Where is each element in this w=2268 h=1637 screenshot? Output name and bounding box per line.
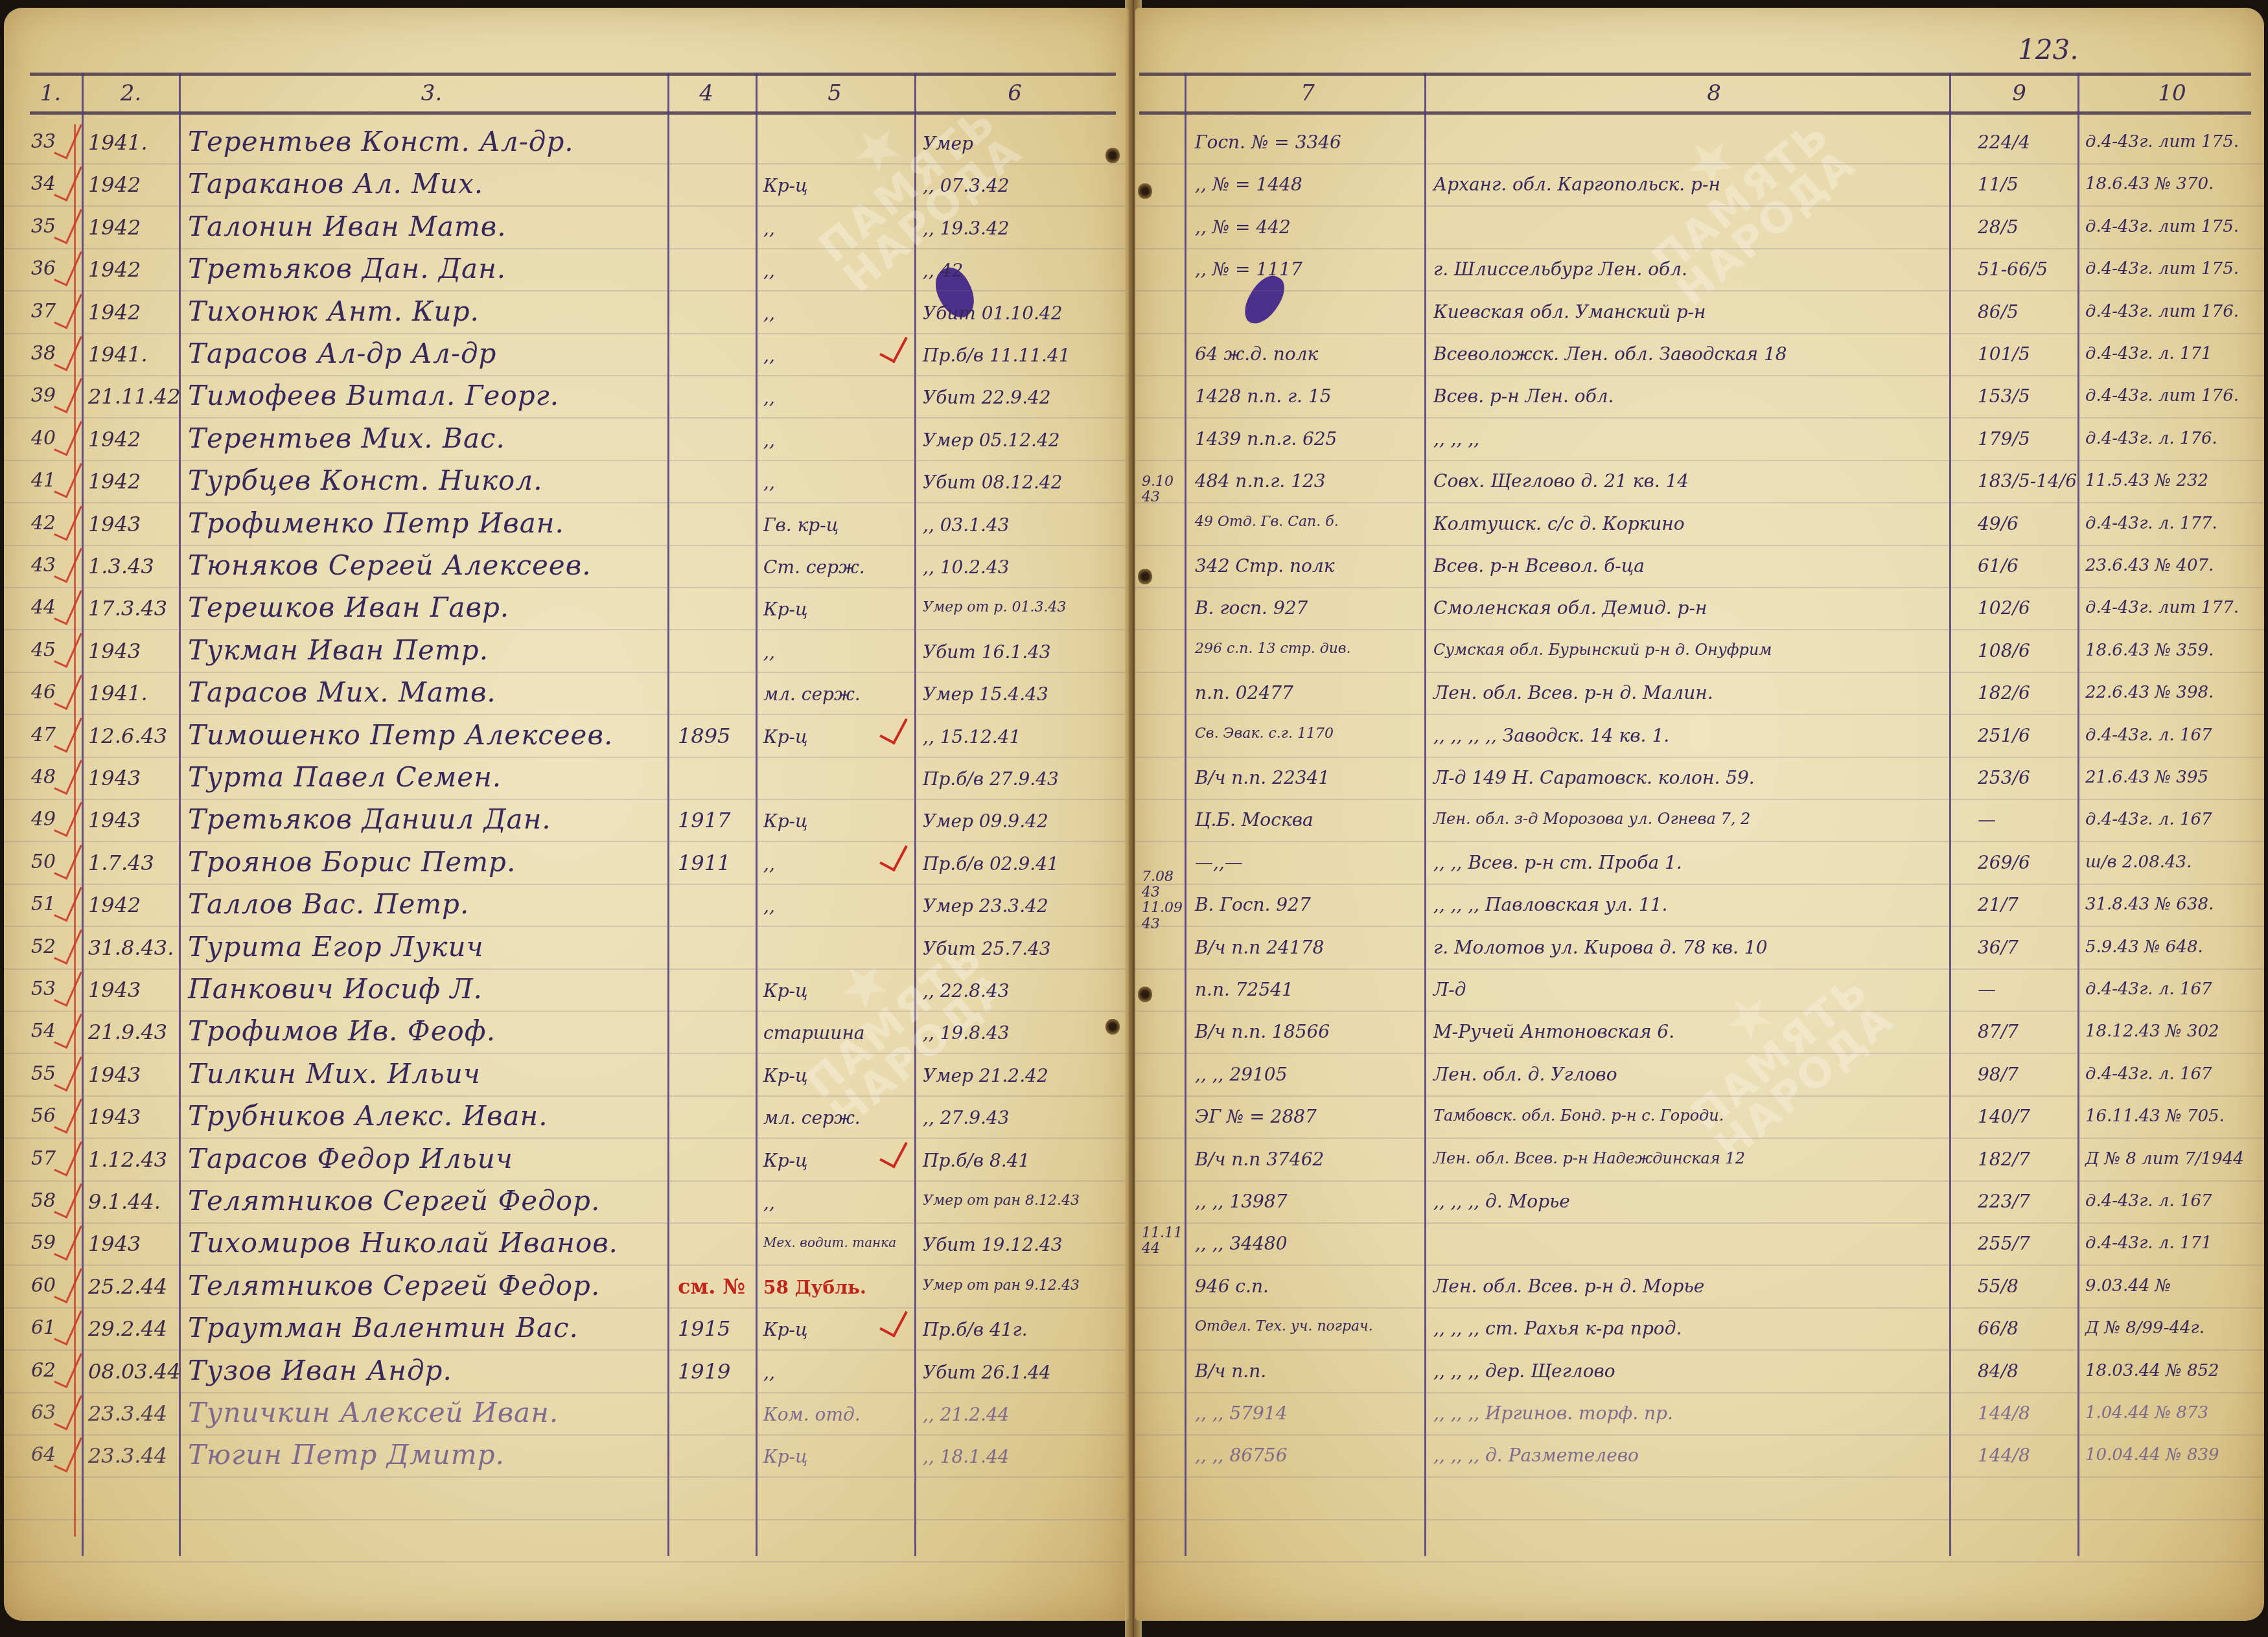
column-header-3: 3. xyxy=(421,80,442,106)
rank: Кр-ц xyxy=(763,601,808,619)
ruled-line xyxy=(1135,1180,2264,1182)
ruled-line xyxy=(1135,757,2264,758)
soldier-name: Тимошенко Петр Алексеев. xyxy=(188,722,613,749)
fate-and-date: ,, 22.8.43 xyxy=(923,982,1010,1000)
rank: мл. серж. xyxy=(763,685,861,704)
soldier-name: Трофимов Ив. Феоф. xyxy=(188,1018,496,1045)
rank: 58 Дубль. xyxy=(763,1279,866,1297)
reference-number: 253/6 xyxy=(1978,769,2030,787)
unit-info: 342 Стр. полк xyxy=(1195,557,1334,575)
column-divider-5 xyxy=(914,73,916,1556)
fate-and-date: Пр.б/в 27.9.43 xyxy=(923,770,1059,788)
soldier-name: Тупичкин Алексей Иван. xyxy=(188,1399,559,1426)
ruled-line xyxy=(4,629,1129,630)
red-check-mark xyxy=(54,585,82,625)
reference-number: 182/7 xyxy=(1978,1150,2030,1169)
punch-hole xyxy=(1105,1018,1120,1035)
red-check-mark xyxy=(54,1136,82,1176)
fate-and-date: Пр.б/в 41г. xyxy=(923,1321,1028,1339)
unit-info: 946 с.п. xyxy=(1195,1277,1269,1296)
order-reference: д.4-43г. л. 171 xyxy=(2085,1235,2212,1252)
fate-and-date: Умер 15.4.43 xyxy=(923,685,1048,704)
ruled-line xyxy=(1135,375,2264,376)
rank: Гв. кр-ц xyxy=(763,516,839,534)
red-check-mark xyxy=(54,1178,82,1219)
watermark-left-bottom: ★ ПАМЯТЬ НАРОДА xyxy=(764,893,1017,1136)
entry-date: 1941. xyxy=(88,344,148,365)
unit-info: В/ч п.п 24178 xyxy=(1195,939,1324,957)
red-check-mark xyxy=(54,1390,82,1430)
column-header-8: 8 xyxy=(1707,80,1721,106)
ruled-line xyxy=(1135,163,2264,165)
order-reference: 21.6.43 № 395 xyxy=(2085,769,2208,786)
ruled-line xyxy=(4,163,1129,165)
home-address: Лен. обл. д. Углово xyxy=(1433,1066,1617,1084)
order-reference: д.4-43г. лит 177. xyxy=(2085,599,2239,616)
red-check-mark xyxy=(54,1051,82,1092)
ruled-line xyxy=(4,502,1129,503)
soldier-name: Тарасов Мих. Матв. xyxy=(188,679,496,706)
reference-number: 102/6 xyxy=(1978,599,2030,617)
column-header-7: 7 xyxy=(1301,80,1315,106)
reference-number: — xyxy=(1978,981,1996,999)
soldier-name: Тукман Иван Петр. xyxy=(188,637,489,664)
column-header-6: 6 xyxy=(1008,80,1022,106)
fate-and-date: Умер от р. 01.3.43 xyxy=(923,601,1066,615)
order-reference: д.4-43г. л. 167 xyxy=(2085,727,2212,744)
ruled-line xyxy=(4,205,1129,207)
reference-number: 55/8 xyxy=(1978,1277,2019,1296)
rank: ,, xyxy=(763,1364,775,1382)
row-number: 49 xyxy=(31,810,56,829)
entry-date: 31.8.43. xyxy=(88,937,174,958)
home-address: ,, ,, ,, д. Разметелево xyxy=(1433,1447,1639,1465)
ruled-line xyxy=(4,375,1129,376)
home-address: Лен. обл. з-д Морозова ул. Огнева 7, 2 xyxy=(1433,811,1750,827)
red-check-mark xyxy=(54,1305,82,1345)
ruled-line xyxy=(4,1222,1129,1224)
soldier-name: Терешков Иван Гавр. xyxy=(188,594,509,621)
reference-number: 224/4 xyxy=(1978,133,2030,152)
row-number: 42 xyxy=(31,514,56,533)
order-reference: д.4-43г. л. 167 xyxy=(2085,1066,2212,1082)
ruled-line xyxy=(1135,1434,2264,1436)
home-address: г. Шлиссельбург Лен. обл. xyxy=(1433,260,1687,279)
ruled-line xyxy=(4,799,1129,800)
soldier-name: Тараканов Ал. Мих. xyxy=(188,170,483,198)
row-number: 58 xyxy=(31,1191,56,1211)
fate-and-date: Умер от ран 9.12.43 xyxy=(923,1279,1080,1293)
entry-date: 1942 xyxy=(88,302,141,323)
home-address: Сумская обл. Бурынский р-н д. Онуфрим xyxy=(1433,642,1772,658)
red-check-mark xyxy=(54,331,82,371)
rank: Кр-ц xyxy=(763,1321,808,1339)
ruled-line xyxy=(4,884,1129,885)
unit-info: В/ч п.п. 18566 xyxy=(1195,1023,1330,1041)
reference-number: 153/5 xyxy=(1978,387,2030,406)
home-address: Тамбовск. обл. Бонд. р-н с. Городи. xyxy=(1433,1108,1724,1123)
ruled-line xyxy=(4,714,1129,715)
unit-info: В. Госп. 927 xyxy=(1195,896,1311,914)
unit-info: ,, ,, 86756 xyxy=(1195,1447,1287,1465)
birth-year: 1917 xyxy=(678,810,730,830)
row-number: 35 xyxy=(31,217,56,236)
red-check-mark xyxy=(54,797,82,837)
order-reference: 18.6.43 № 359. xyxy=(2085,642,2214,659)
unit-info: 1428 п.п. г. 15 xyxy=(1195,387,1332,406)
header-bottom-rule xyxy=(1139,111,2251,115)
row-number: 38 xyxy=(31,344,56,363)
rank: ,, xyxy=(763,304,775,323)
order-reference: д.4-43г. л. 167 xyxy=(2085,981,2212,998)
home-address: Л-д 149 Н. Саратовск. колон. 59. xyxy=(1433,769,1755,787)
soldier-name: Тилкин Мих. Ильич xyxy=(188,1060,481,1088)
ruled-line xyxy=(4,1519,1129,1520)
row-number: 51 xyxy=(31,895,56,914)
entry-date: 1943 xyxy=(88,641,141,661)
ruled-line xyxy=(1135,968,2264,970)
order-reference: д.4-43г. л. 176. xyxy=(2085,430,2217,447)
ruled-line xyxy=(4,1349,1129,1351)
red-check-mark xyxy=(54,119,82,159)
home-address: Колтушск. с/с д. Коркино xyxy=(1433,515,1685,533)
ruled-line xyxy=(1135,333,2264,334)
order-reference: д.4-43г. лит 175. xyxy=(2085,260,2239,277)
reference-number: 101/5 xyxy=(1978,345,2030,363)
fate-and-date: ,, 21.2.44 xyxy=(923,1406,1010,1424)
unit-info: ,, № = 1117 xyxy=(1195,260,1302,279)
ruled-line xyxy=(1135,1561,2264,1563)
order-reference: 18.03.44 № 852 xyxy=(2085,1362,2219,1379)
soldier-name: Траутман Валентин Вас. xyxy=(188,1314,579,1342)
punch-hole xyxy=(1138,568,1152,585)
red-check-mark xyxy=(54,501,82,541)
soldier-name: Тихонюк Ант. Кир. xyxy=(188,298,480,325)
row-number: 64 xyxy=(31,1445,56,1465)
unit-info: ЭГ № = 2887 xyxy=(1195,1108,1317,1126)
ruled-line xyxy=(1135,290,2264,292)
order-reference: 10.04.44 № 839 xyxy=(2085,1447,2219,1463)
fate-and-date: Убит 01.10.42 xyxy=(923,304,1063,323)
ruled-line xyxy=(1135,1307,2264,1309)
row-number: 37 xyxy=(31,302,56,321)
home-address: Всеволожск. Лен. обл. Заводская 18 xyxy=(1433,345,1787,363)
ruled-line xyxy=(1135,1349,2264,1351)
soldier-name: Терентьев Конст. Ал-др. xyxy=(188,128,574,155)
ruled-line xyxy=(1135,417,2264,418)
ruled-line xyxy=(4,333,1129,334)
ruled-line xyxy=(4,926,1129,927)
soldier-name: Третьяков Даниил Дан. xyxy=(188,806,551,833)
home-address: Арханг. обл. Каргопольск. р-н xyxy=(1433,176,1720,194)
entry-date: 12.6.43 xyxy=(88,726,167,746)
red-check-mark xyxy=(54,967,82,1007)
ruled-line xyxy=(1135,1519,2264,1520)
entry-date: 1943 xyxy=(88,768,141,788)
punch-hole xyxy=(1105,147,1120,164)
row-number: 45 xyxy=(31,641,56,660)
red-check-mark xyxy=(879,330,908,363)
ruled-line xyxy=(1135,841,2264,842)
unit-info: ,, ,, 57914 xyxy=(1195,1404,1287,1423)
row-number: 62 xyxy=(31,1361,56,1380)
unit-info: 296 с.п. 13 стр. див. xyxy=(1195,642,1351,656)
red-check-mark xyxy=(54,924,82,965)
unit-info: ,, № = 1448 xyxy=(1195,176,1302,194)
reference-number: 28/5 xyxy=(1978,218,2019,236)
home-address: ,, ,, ,, ,, Заводск. 14 кв. 1. xyxy=(1433,727,1669,745)
entry-date: 1942 xyxy=(88,471,141,492)
entry-date: 21.9.43 xyxy=(88,1022,167,1042)
column-divider-9 xyxy=(1949,73,1951,1556)
book-spread: 1. 2. 3. 4 5 6 ★ ПАМЯТЬ НАРОДА ★ ПАМЯТЬ … xyxy=(0,0,2268,1637)
punch-hole xyxy=(1138,986,1152,1003)
red-check-mark xyxy=(54,628,82,668)
rank: ,, xyxy=(763,431,775,450)
rank: ,, xyxy=(763,474,775,492)
rank: Ст. серж. xyxy=(763,558,865,577)
soldier-name: Тихомиров Николай Иванов. xyxy=(188,1230,618,1257)
ruled-line xyxy=(1135,248,2264,249)
fate-and-date: ,, 07.3.42 xyxy=(923,177,1010,195)
reference-number: 84/8 xyxy=(1978,1362,2019,1380)
entry-date: 23.3.44 xyxy=(88,1403,167,1424)
ruled-line xyxy=(1135,884,2264,885)
ruled-line xyxy=(4,1180,1129,1182)
fate-and-date: Умер 05.12.42 xyxy=(923,431,1060,450)
rank: ,, xyxy=(763,262,775,280)
margin-note: 11.11 44 xyxy=(1142,1226,1177,1257)
home-address: ,, ,, Всев. р-н ст. Проба 1. xyxy=(1433,854,1682,872)
order-reference: д.4-43г. л. 177. xyxy=(2085,515,2217,532)
column-divider-4 xyxy=(756,73,758,1556)
ruled-line xyxy=(4,1095,1129,1097)
ruled-line xyxy=(4,1392,1129,1393)
unit-info: 64 ж.д. полк xyxy=(1195,345,1318,363)
rank: Кр-ц xyxy=(763,812,808,830)
red-check-mark xyxy=(54,1263,82,1303)
soldier-name: Турбцев Конст. Никол. xyxy=(188,467,543,494)
fate-and-date: Пр.б/в 11.11.41 xyxy=(923,347,1070,365)
unit-info: п.п. 72541 xyxy=(1195,981,1293,999)
margin-note: 7.08 43 11.09 43 xyxy=(1142,869,1177,932)
rank: Ком. отд. xyxy=(763,1406,861,1424)
reference-number: 98/7 xyxy=(1978,1066,2019,1084)
row-number: 33 xyxy=(31,132,56,152)
reference-number: 108/6 xyxy=(1978,642,2030,660)
rank: старшина xyxy=(763,1024,865,1042)
red-check-mark xyxy=(54,289,82,329)
home-address: Киевская обл. Уманский р-н xyxy=(1433,303,1706,321)
home-address: Всев. р-н Лен. обл. xyxy=(1433,387,1614,406)
order-reference: д.4-43г. л. 171 xyxy=(2085,345,2212,362)
red-check-mark xyxy=(54,840,82,880)
rank: ,, xyxy=(763,389,775,407)
ruled-line xyxy=(4,290,1129,292)
reference-number: 66/8 xyxy=(1978,1320,2019,1338)
row-number: 63 xyxy=(31,1403,56,1423)
column-header-1: 1. xyxy=(40,80,61,106)
ruled-line xyxy=(4,1053,1129,1054)
fate-and-date: Убит 19.12.43 xyxy=(923,1236,1063,1254)
row-number: 54 xyxy=(31,1022,56,1041)
entry-date: 1.12.43 xyxy=(88,1149,167,1170)
reference-number: 87/7 xyxy=(1978,1023,2019,1041)
ruled-line xyxy=(1135,1138,2264,1139)
reference-number: 49/6 xyxy=(1978,515,2019,533)
red-check-mark xyxy=(54,246,82,286)
order-reference: 9.03.44 № xyxy=(2085,1277,2171,1294)
soldier-name: Трофименко Петр Иван. xyxy=(188,510,564,537)
reference-number: — xyxy=(1978,811,1996,829)
row-number: 40 xyxy=(31,429,56,448)
red-check-mark xyxy=(879,1304,908,1337)
unit-info: п.п. 02477 xyxy=(1195,684,1293,702)
reference-number: 21/7 xyxy=(1978,896,2019,914)
soldier-name: Тюгин Петр Дмитр. xyxy=(188,1441,505,1469)
red-check-mark xyxy=(54,1009,82,1049)
rank: ,, xyxy=(763,1194,775,1212)
entry-date: 1942 xyxy=(88,217,141,238)
reference-number: 144/8 xyxy=(1978,1404,2030,1423)
home-address: ,, ,, ,, дер. Щеглово xyxy=(1433,1362,1615,1380)
birth-year: 1919 xyxy=(678,1361,730,1382)
entry-date: 29.2.44 xyxy=(88,1318,167,1339)
fate-and-date: ,, 15.12.41 xyxy=(923,728,1021,746)
ruled-line xyxy=(4,545,1129,546)
entry-date: 1942 xyxy=(88,429,141,450)
ruled-line xyxy=(4,757,1129,758)
ruled-line xyxy=(4,1265,1129,1266)
fate-and-date: Убит 22.9.42 xyxy=(923,389,1051,407)
entry-date: 1942 xyxy=(88,895,141,915)
entry-date: 08.03.44 xyxy=(88,1361,181,1382)
order-reference: д.4-43г. л. 167 xyxy=(2085,1193,2212,1209)
order-reference: 1.04.44 № 873 xyxy=(2085,1404,2208,1421)
soldier-name: Третьяков Дан. Дан. xyxy=(188,255,506,282)
red-check-mark xyxy=(879,838,908,871)
soldier-name: Терентьев Мих. Вас. xyxy=(188,425,505,452)
birth-year: 1911 xyxy=(678,853,730,873)
unit-info: Отдел. Тех. уч. пограч. xyxy=(1195,1320,1373,1334)
red-check-mark xyxy=(54,1432,82,1472)
home-address: Лен. обл. Всев. р-н д. Морье xyxy=(1433,1277,1704,1296)
entry-date: 1943 xyxy=(88,514,141,534)
column-header-2: 2. xyxy=(121,80,141,106)
row-number: 55 xyxy=(31,1064,56,1084)
column-header-9: 9 xyxy=(2012,80,2026,106)
home-address: Всев. р-н Всевол. б-ца xyxy=(1433,557,1645,575)
header-top-rule xyxy=(30,73,1116,76)
unit-info: В. госп. 927 xyxy=(1195,599,1308,617)
order-reference: 31.8.43 № 638. xyxy=(2085,896,2214,913)
order-reference: 5.9.43 № 648. xyxy=(2085,939,2203,956)
column-divider-3 xyxy=(667,73,669,1556)
left-page: 1. 2. 3. 4 5 6 ★ ПАМЯТЬ НАРОДА ★ ПАМЯТЬ … xyxy=(4,8,1129,1621)
reference-number: 255/7 xyxy=(1978,1235,2030,1253)
entry-date: 1943 xyxy=(88,1064,141,1085)
ruled-line xyxy=(1135,714,2264,715)
rank: ,, xyxy=(763,855,775,873)
ruled-line xyxy=(1135,799,2264,800)
rank: Кр-ц xyxy=(763,728,808,746)
ruled-line xyxy=(4,248,1129,249)
ruled-line xyxy=(4,460,1129,461)
rank: ,, xyxy=(763,643,775,661)
ruled-line xyxy=(4,1476,1129,1478)
fate-and-date: Убит 16.1.43 xyxy=(923,643,1051,661)
row-number: 52 xyxy=(31,937,56,957)
row-number: 39 xyxy=(31,386,56,406)
red-check-mark xyxy=(54,713,82,753)
ruled-line xyxy=(1135,1222,2264,1224)
fate-and-date: Убит 08.12.42 xyxy=(923,474,1063,492)
margin-note: 9.10 43 xyxy=(1142,474,1177,505)
order-reference: 16.11.43 № 705. xyxy=(2085,1108,2225,1125)
fate-and-date: Умер 09.9.42 xyxy=(923,812,1048,830)
column-divider-2 xyxy=(179,73,181,1556)
soldier-name: Телятников Сергей Федор. xyxy=(188,1272,600,1299)
soldier-name: Тарасов Ал-др Ал-др xyxy=(188,340,496,367)
ruled-line xyxy=(1135,629,2264,630)
home-address: Смоленская обл. Демид. р-н xyxy=(1433,599,1707,617)
fate-and-date: Убит 25.7.43 xyxy=(923,940,1051,958)
soldier-name: Трубников Алекс. Иван. xyxy=(188,1103,548,1130)
fate-and-date: Умер 21.2.42 xyxy=(923,1067,1048,1085)
rank: Мех. водит. танка xyxy=(763,1236,896,1249)
row-number: 47 xyxy=(31,726,56,745)
fate-and-date: ,, 42 xyxy=(923,262,963,280)
row-number: 46 xyxy=(31,683,56,702)
red-check-mark xyxy=(879,1135,908,1168)
rank: Кр-ц xyxy=(763,1067,808,1085)
ruled-line xyxy=(4,672,1129,673)
red-check-mark xyxy=(54,543,82,583)
ruled-line xyxy=(1135,460,2264,461)
order-reference: Д № 8 лит 7/1944 xyxy=(2085,1150,2244,1167)
row-number: 56 xyxy=(31,1106,56,1126)
reference-number: 86/5 xyxy=(1978,303,2019,321)
unit-info: Госп. № = 3346 xyxy=(1195,133,1341,152)
soldier-name: Телятников Сергей Федор. xyxy=(188,1187,600,1215)
row-number: 34 xyxy=(31,174,56,194)
row-number: 43 xyxy=(31,556,56,575)
reference-number: 183/5-14/6 xyxy=(1978,472,2077,490)
entry-date: 25.2.44 xyxy=(88,1276,167,1297)
red-check-mark xyxy=(54,373,82,413)
birth-year: 1915 xyxy=(678,1318,730,1339)
entry-date: 1.7.43 xyxy=(88,853,154,873)
entry-date: 1942 xyxy=(88,174,141,195)
reference-number: 269/6 xyxy=(1978,854,2030,872)
soldier-name: Турта Павел Семен. xyxy=(188,764,502,791)
fate-and-date: Убит 26.1.44 xyxy=(923,1364,1051,1382)
column-header-4: 4 xyxy=(699,80,713,106)
column-divider-10 xyxy=(2077,73,2079,1556)
order-reference: д.4-43г. л. 167 xyxy=(2085,811,2212,828)
soldier-name: Троянов Борис Петр. xyxy=(188,849,516,876)
fate-and-date: ,, 03.1.43 xyxy=(923,516,1010,534)
home-address: ,, ,, ,, ст. Рахья к-ра прод. xyxy=(1433,1320,1682,1338)
red-check-mark xyxy=(879,711,908,744)
unit-info: ,, ,, 34480 xyxy=(1195,1235,1287,1253)
row-number: 41 xyxy=(31,471,56,490)
fate-and-date: Пр.б/в 02.9.41 xyxy=(923,855,1059,873)
order-reference: 18.6.43 № 370. xyxy=(2085,176,2214,192)
birth-year: 1895 xyxy=(678,726,730,746)
soldier-name: Панкович Иосиф Л. xyxy=(188,976,483,1003)
watermark-right-bottom: ★ ПАМЯТЬ НАРОДА xyxy=(1649,926,1902,1168)
